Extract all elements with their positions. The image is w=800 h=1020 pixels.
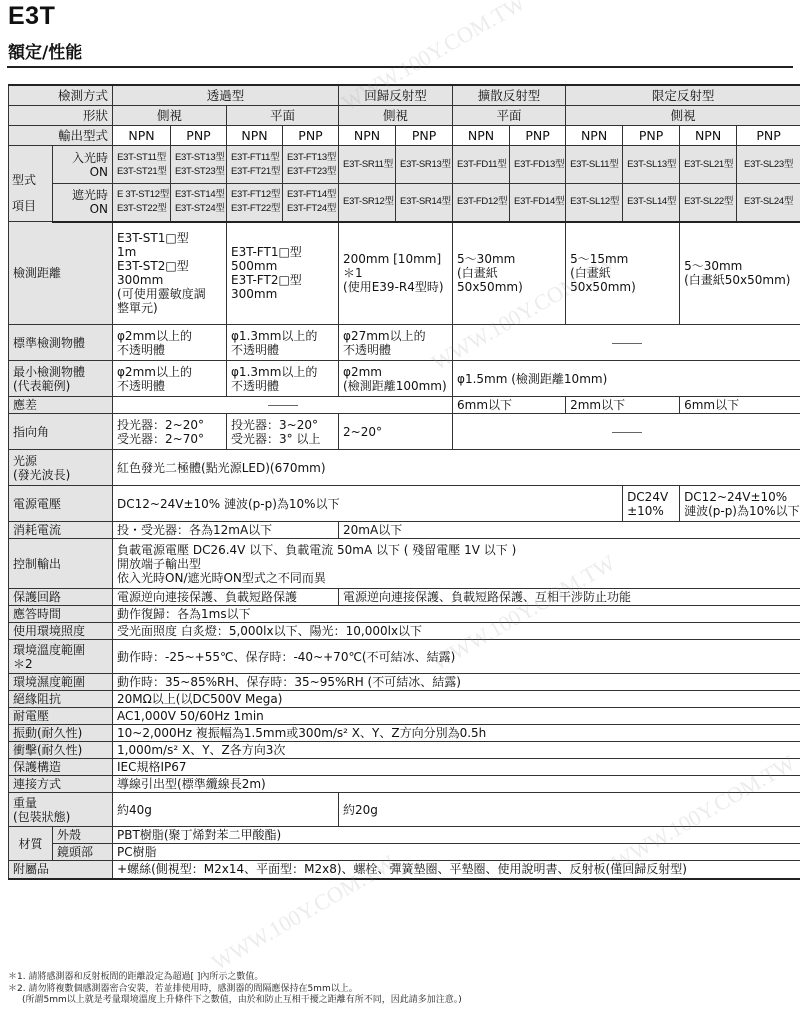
row-insulation: 絕緣阻抗 20MΩ以上(以DC500V Mega) — [9, 691, 800, 708]
row-enclosure: 保護構造 IEC規格IP67 — [9, 759, 800, 776]
output-npn: NPN — [227, 126, 283, 146]
value-line: φ27mm以上的 — [343, 329, 448, 343]
output-pnp: PNP — [737, 126, 800, 146]
row-label: 附屬品 — [9, 861, 113, 879]
current-rest: 20mA以下 — [339, 522, 800, 539]
model-id: E3T-ST22型 — [117, 202, 166, 216]
value-line: (白畫紙50x50mm) — [457, 266, 561, 294]
method-limited-reflective: 限定反射型 — [566, 85, 800, 106]
value-line: DC24V — [627, 490, 675, 504]
row-value: 動作時：35~85%RH、保存時：35~95%RH (不可結冰、結露) — [113, 674, 800, 691]
model-label: 型式 — [12, 167, 49, 193]
protection-rest: 電源逆向連接保護、負載短路保護、互相干涉防止功能 — [339, 589, 800, 606]
row-material-lens: 鏡頭部 PC樹脂 — [9, 844, 800, 861]
distance-sl2: 5～30mm (白畫紙50x50mm) — [680, 222, 800, 325]
label-line: 最小檢測物體 — [13, 365, 108, 379]
output-pnp: PNP — [623, 126, 680, 146]
title-divider — [7, 66, 793, 68]
hysteresis-fd: 6mm以下 — [453, 397, 566, 414]
value-line: 開放端子輸出型 — [117, 557, 796, 571]
row-value: 受光面照度 白炙燈：5,000lx以下、陽光：10,000lx以下 — [113, 623, 800, 640]
light-on-on-text: ON — [57, 165, 108, 179]
value-line: 5～15mm — [570, 252, 675, 266]
header-row-shape: 形狀 側視 平面 側視 平面 側視 — [9, 106, 800, 126]
row-label: 振動(耐久性) — [9, 725, 113, 742]
light-on-label: 入光時 ON — [53, 146, 113, 184]
model-cell: E3T-SR14型 — [396, 184, 453, 222]
row-hysteresis: 應差 6mm以下 2mm以下 6mm以下 — [9, 397, 800, 414]
footnote-1: ＊1. 請將感測器和反射板間的距離設定為超過[ ]內所示之數值。 — [8, 972, 462, 984]
value-line: 負載電源電壓 DC26.4V 以下、負載電流 50mA 以下 ( 殘留電壓 1V… — [117, 543, 796, 557]
model-id: E3T-ST24型 — [175, 202, 222, 216]
row-standard-object: 標準檢測物體 φ2mm以上的 不透明體 φ1.3mm以上的 不透明體 φ27mm… — [9, 325, 800, 361]
row-detect-distance: 檢測距離 E3T-ST1□型 1m E3T-ST2□型 300mm (可使用靈敏… — [9, 222, 800, 325]
value-line: φ1.3mm以上的 — [231, 365, 334, 379]
output-pnp: PNP — [510, 126, 566, 146]
row-shock: 衝擊(耐久性) 1,000m/s² X、Y、Z各方向3次 — [9, 742, 800, 759]
row-label: 絕緣阻抗 — [9, 691, 113, 708]
light-on-text: 入光時 — [57, 151, 108, 165]
value-line: DC12~24V±10% — [684, 490, 796, 504]
model-cell: E3T-ST13型E3T-ST23型 — [171, 146, 227, 184]
output-pnp: PNP — [396, 126, 453, 146]
current-through: 投・受光器：各為12mA以下 — [113, 522, 339, 539]
row-label-shape: 形狀 — [9, 106, 113, 126]
value-line: 不透明體 — [343, 343, 448, 357]
row-value: IEC規格IP67 — [113, 759, 800, 776]
std-object-sr: φ27mm以上的 不透明體 — [339, 325, 453, 361]
value-line: ±10% — [627, 504, 675, 518]
value-line: 不透明體 — [117, 343, 222, 357]
value-line: (白畫紙50x50mm) — [570, 266, 675, 294]
row-label-output-type: 輸出型式 — [9, 126, 113, 146]
row-label: 應答時間 — [9, 606, 113, 623]
not-applicable-dash — [612, 432, 642, 433]
row-value: +螺絲(側視型：M2x14、平面型：M2x8)、螺栓、彈簧墊圈、平墊圈、使用說明… — [113, 861, 800, 879]
value-line: (白畫紙50x50mm) — [684, 273, 796, 287]
row-label: 使用環境照度 — [9, 623, 113, 640]
row-label-model-item: 型式 項目 — [9, 146, 53, 222]
footnote-2: ＊2. 請勿將複數個感測器密合安裝，若並排使用時，感測器的間隔應保持在5mm以上… — [8, 984, 462, 996]
model-cell: E3T-FT13型E3T-FT23型 — [283, 146, 339, 184]
std-object-ft: φ1.3mm以上的 不透明體 — [227, 325, 339, 361]
method-retro-reflective: 回歸反射型 — [339, 85, 453, 106]
model-id: E3T-FT23型 — [287, 165, 334, 179]
distance-st: E3T-ST1□型 1m E3T-ST2□型 300mm (可使用靈敏度調 整單… — [113, 222, 227, 325]
distance-sr: 200mm [10mm] ＊1 (使用E39-R4型時) — [339, 222, 453, 325]
row-power-voltage: 電源電壓 DC12~24V±10% 漣波(p-p)為10%以下 DC24V ±1… — [9, 486, 800, 522]
row-dielectric: 耐電壓 AC1,000V 50/60Hz 1min — [9, 708, 800, 725]
value-line: 5～30mm — [457, 252, 561, 266]
not-applicable-dash — [612, 343, 642, 344]
dark-on-on-text: ON — [57, 202, 108, 216]
model-id: E3T-ST14型 — [175, 188, 222, 202]
label-line: (發光波長) — [13, 468, 108, 482]
model-cell: E3T-SL22型 — [680, 184, 737, 222]
row-light-source: 光源 (發光波長) 紅色發光二極體(點光源LED)(670mm) — [9, 450, 800, 486]
value-line: 投光器：3~20° — [231, 418, 334, 432]
model-id: E3T-ST21型 — [117, 165, 166, 179]
value-line: E3T-ST2□型 — [117, 259, 222, 273]
value-line: 漣波(p-p)為10%以下 — [684, 504, 796, 518]
value-line: φ2mm以上的 — [117, 365, 222, 379]
row-label: 應差 — [9, 397, 113, 414]
value-line: 200mm [10mm] — [343, 252, 448, 266]
value-line: 投光器：2~20° — [117, 418, 222, 432]
value-line: 不透明體 — [231, 379, 334, 393]
value-line: 不透明體 — [231, 343, 334, 357]
model-cell: E3T-SR11型 — [339, 146, 396, 184]
not-applicable-dash — [268, 405, 298, 406]
model-cell: E3T-SL14型 — [623, 184, 680, 222]
protection-through: 電源逆向連接保護、負載短路保護 — [113, 589, 339, 606]
row-label: 重量 (包裝狀態) — [9, 793, 113, 827]
row-label: 衝擊(耐久性) — [9, 742, 113, 759]
header-row-method: 檢測方式 透過型 回歸反射型 擴散反射型 限定反射型 — [9, 85, 800, 106]
value-line: (可使用靈敏度調 — [117, 287, 222, 301]
value-line: 依入光時ON/遮光時ON型式之不同而異 — [117, 571, 796, 585]
shape-flat: 平面 — [453, 106, 566, 126]
hysteresis-sl1: 2mm以下 — [566, 397, 680, 414]
value-line: 300mm — [117, 273, 222, 287]
label-line: 重量 — [13, 796, 108, 810]
row-value: 動作復歸：各為1ms以下 — [113, 606, 800, 623]
model-id: E3T-FT22型 — [231, 202, 278, 216]
row-response-time: 應答時間 動作復歸：各為1ms以下 — [9, 606, 800, 623]
model-id: E3T-FT12型 — [231, 188, 278, 202]
model-cell: E3T-SL23型 — [737, 146, 800, 184]
model-cell: E3T-ST11型E3T-ST21型 — [113, 146, 171, 184]
row-label: 保護構造 — [9, 759, 113, 776]
header-row-output: 輸出型式 NPN PNP NPN PNP NPN PNP NPN PNP NPN… — [9, 126, 800, 146]
value-line: ＊1 — [343, 266, 448, 280]
model-cell: E3T-SR12型 — [339, 184, 396, 222]
row-label: 標準檢測物體 — [9, 325, 113, 361]
value-line: (使用E39-R4型時) — [343, 280, 448, 294]
min-object-ft: φ1.3mm以上的 不透明體 — [227, 361, 339, 397]
angle-rest — [453, 414, 800, 450]
label-line: 光源 — [13, 454, 108, 468]
row-ambient-light: 使用環境照度 受光面照度 白炙燈：5,000lx以下、陽光：10,000lx以下 — [9, 623, 800, 640]
dark-on-text: 遮光時 — [57, 188, 108, 202]
value-line: E3T-ST1□型 — [117, 231, 222, 245]
std-object-st: φ2mm以上的 不透明體 — [113, 325, 227, 361]
value-line: 1m — [117, 245, 222, 259]
row-material-case: 材質 外殼 PBT樹脂(聚丁烯對苯二甲酸酯) — [9, 827, 800, 844]
output-npn: NPN — [453, 126, 510, 146]
min-object-sr: φ2mm (檢測距離100mm) — [339, 361, 453, 397]
model-id: E3T-FT13型 — [287, 151, 334, 165]
output-npn: NPN — [113, 126, 171, 146]
value-line: (檢測距離100mm) — [343, 379, 448, 393]
sub-label: 鏡頭部 — [53, 844, 113, 861]
angle-sr: 2~20° — [339, 414, 453, 450]
footnotes: ＊1. 請將感測器和反射板間的距離設定為超過[ ]內所示之數值。 ＊2. 請勿將… — [8, 972, 462, 1007]
row-label: 指向角 — [9, 414, 113, 450]
shape-side-view: 側視 — [566, 106, 800, 126]
label-line: (代表範例) — [13, 379, 108, 393]
control-output-value: 負載電源電壓 DC26.4V 以下、負載電流 50mA 以下 ( 殘留電壓 1V… — [113, 539, 800, 589]
value-line: 300mm — [231, 287, 334, 301]
dark-on-label: 遮光時 ON — [53, 184, 113, 222]
model-cell: E3T-SR13型 — [396, 146, 453, 184]
row-label: 電源電壓 — [9, 486, 113, 522]
value-line: 整單元) — [117, 301, 222, 315]
model-cell: E3T-FD12型 — [453, 184, 510, 222]
model-row-dark-on: 遮光時 ON E 3T-ST12型E3T-ST22型 E3T-ST14型E3T-… — [9, 184, 800, 222]
power-voltage-main: DC12~24V±10% 漣波(p-p)為10%以下 — [113, 486, 623, 522]
distance-sl1: 5～15mm (白畫紙50x50mm) — [566, 222, 680, 325]
model-cell: E3T-SL21型 — [680, 146, 737, 184]
row-label: 控制輸出 — [9, 539, 113, 589]
spec-table: 檢測方式 透過型 回歸反射型 擴散反射型 限定反射型 形狀 側視 平面 側視 平… — [8, 84, 800, 880]
model-cell: E3T-SL24型 — [737, 184, 800, 222]
row-directional-angle: 指向角 投光器：2~20° 受光器：2~70° 投光器：3~20° 受光器：3°… — [9, 414, 800, 450]
output-pnp: PNP — [171, 126, 227, 146]
model-id: E3T-FT21型 — [231, 165, 278, 179]
row-value: 1,000m/s² X、Y、Z各方向3次 — [113, 742, 800, 759]
row-min-object: 最小檢測物體 (代表範例) φ2mm以上的 不透明體 φ1.3mm以上的 不透明… — [9, 361, 800, 397]
row-weight: 重量 (包裝狀態) 約40g 約20g — [9, 793, 800, 827]
row-label: 保護回路 — [9, 589, 113, 606]
model-id: E3T-FT14型 — [287, 188, 334, 202]
value-line: 受光器：3° 以上 — [231, 432, 334, 446]
model-id: E3T-FT11型 — [231, 151, 278, 165]
label-line: (包裝狀態) — [13, 810, 108, 824]
model-cell: E3T-FD14型 — [510, 184, 566, 222]
row-value: PC樹脂 — [113, 844, 800, 861]
model-id: E3T-FT24型 — [287, 202, 334, 216]
row-ambient-temp: 環境溫度範圍 ＊2 動作時：-25~+55℃、保存時：-40~+70℃(不可結冰… — [9, 640, 800, 674]
model-cell: E 3T-ST12型E3T-ST22型 — [113, 184, 171, 222]
row-accessories: 附屬品 +螺絲(側視型：M2x14、平面型：M2x8)、螺栓、彈簧墊圈、平墊圈、… — [9, 861, 800, 879]
row-value: AC1,000V 50/60Hz 1min — [113, 708, 800, 725]
hysteresis-left — [113, 397, 453, 414]
shape-side-view: 側視 — [339, 106, 453, 126]
row-vibration: 振動(耐久性) 10~2,000Hz 複振幅為1.5mm或300m/s² X、Y… — [9, 725, 800, 742]
distance-ft: E3T-FT1□型 500mm E3T-FT2□型 300mm — [227, 222, 339, 325]
value-line: 受光器：2~70° — [117, 432, 222, 446]
row-label: 耐電壓 — [9, 708, 113, 725]
value-line: 不透明體 — [117, 379, 222, 393]
power-voltage-sl1: DC24V ±10% — [623, 486, 680, 522]
model-id: E3T-ST13型 — [175, 151, 222, 165]
row-protection-circuit: 保護回路 電源逆向連接保護、負載短路保護 電源逆向連接保護、負載短路保護、互相干… — [9, 589, 800, 606]
weight-rest: 約20g — [339, 793, 800, 827]
label-line: ＊2 — [13, 657, 108, 671]
value-line: φ1.3mm以上的 — [231, 329, 334, 343]
model-cell: E3T-FD11型 — [453, 146, 510, 184]
shape-side-view: 側視 — [113, 106, 227, 126]
row-label: 材質 — [9, 827, 53, 861]
section-title: 額定/性能 — [8, 38, 82, 63]
output-npn: NPN — [339, 126, 396, 146]
value-line: 5～30mm — [684, 259, 796, 273]
output-npn: NPN — [680, 126, 737, 146]
model-cell: E3T-FT12型E3T-FT22型 — [227, 184, 283, 222]
model-id: E 3T-ST12型 — [117, 188, 166, 202]
std-object-rest — [453, 325, 800, 361]
row-label-detect-method: 檢測方式 — [9, 85, 113, 106]
row-current: 消耗電流 投・受光器：各為12mA以下 20mA以下 — [9, 522, 800, 539]
value-line: φ2mm — [343, 365, 448, 379]
power-voltage-sl2: DC12~24V±10% 漣波(p-p)為10%以下 — [680, 486, 800, 522]
label-line: 環境溫度範圍 — [13, 643, 108, 657]
model-cell: E3T-ST14型E3T-ST24型 — [171, 184, 227, 222]
value-line: φ2mm以上的 — [117, 329, 222, 343]
row-label: 檢測距離 — [9, 222, 113, 325]
value-line: 500mm — [231, 259, 334, 273]
min-object-rest: φ1.5mm (檢測距離10mm) — [453, 361, 800, 397]
row-label: 消耗電流 — [9, 522, 113, 539]
model-cell: E3T-FT11型E3T-FT21型 — [227, 146, 283, 184]
weight-through: 約40g — [113, 793, 339, 827]
row-value: 10~2,000Hz 複振幅為1.5mm或300m/s² X、Y、Z方向分別為0… — [113, 725, 800, 742]
footnote-2-detail: (所謂5mm以上就是考量環境溫度上升條件下之數值，由於和防止互相干擾之距離有所不… — [8, 995, 462, 1007]
row-label: 環境濕度範圍 — [9, 674, 113, 691]
row-label: 光源 (發光波長) — [9, 450, 113, 486]
value-line: E3T-FT1□型 — [231, 245, 334, 259]
model-cell: E3T-SL11型 — [566, 146, 623, 184]
shape-flat: 平面 — [227, 106, 339, 126]
distance-fd: 5～30mm (白畫紙50x50mm) — [453, 222, 566, 325]
item-label: 項目 — [12, 193, 49, 219]
row-value: 20MΩ以上(以DC500V Mega) — [113, 691, 800, 708]
row-connection: 連接方式 導線引出型(標準纜線長2m) — [9, 776, 800, 793]
model-cell: E3T-FD13型 — [510, 146, 566, 184]
model-cell: E3T-SL12型 — [566, 184, 623, 222]
sub-label: 外殼 — [53, 827, 113, 844]
model-row-light-on: 型式 項目 入光時 ON E3T-ST11型E3T-ST21型 E3T-ST13… — [9, 146, 800, 184]
angle-ft: 投光器：3~20° 受光器：3° 以上 — [227, 414, 339, 450]
row-label: 環境溫度範圍 ＊2 — [9, 640, 113, 674]
row-label: 最小檢測物體 (代表範例) — [9, 361, 113, 397]
row-value: 動作時：-25~+55℃、保存時：-40~+70℃(不可結冰、結露) — [113, 640, 800, 674]
model-id: E3T-ST23型 — [175, 165, 222, 179]
model-cell: E3T-SL13型 — [623, 146, 680, 184]
output-pnp: PNP — [283, 126, 339, 146]
model-id: E3T-ST11型 — [117, 151, 166, 165]
angle-st: 投光器：2~20° 受光器：2~70° — [113, 414, 227, 450]
value-line: E3T-FT2□型 — [231, 273, 334, 287]
output-npn: NPN — [566, 126, 623, 146]
method-diffuse-reflective: 擴散反射型 — [453, 85, 566, 106]
light-source-value: 紅色發光二極體(點光源LED)(670mm) — [113, 450, 800, 486]
model-cell: E3T-FT14型E3T-FT24型 — [283, 184, 339, 222]
product-title: E3T — [8, 2, 55, 31]
hysteresis-sl2: 6mm以下 — [680, 397, 800, 414]
row-value: 導線引出型(標準纜線長2m) — [113, 776, 800, 793]
method-through-beam: 透過型 — [113, 85, 339, 106]
row-control-output: 控制輸出 負載電源電壓 DC26.4V 以下、負載電流 50mA 以下 ( 殘留… — [9, 539, 800, 589]
row-value: PBT樹脂(聚丁烯對苯二甲酸酯) — [113, 827, 800, 844]
min-object-st: φ2mm以上的 不透明體 — [113, 361, 227, 397]
row-label: 連接方式 — [9, 776, 113, 793]
row-ambient-humidity: 環境濕度範圍 動作時：35~85%RH、保存時：35~95%RH (不可結冰、結… — [9, 674, 800, 691]
